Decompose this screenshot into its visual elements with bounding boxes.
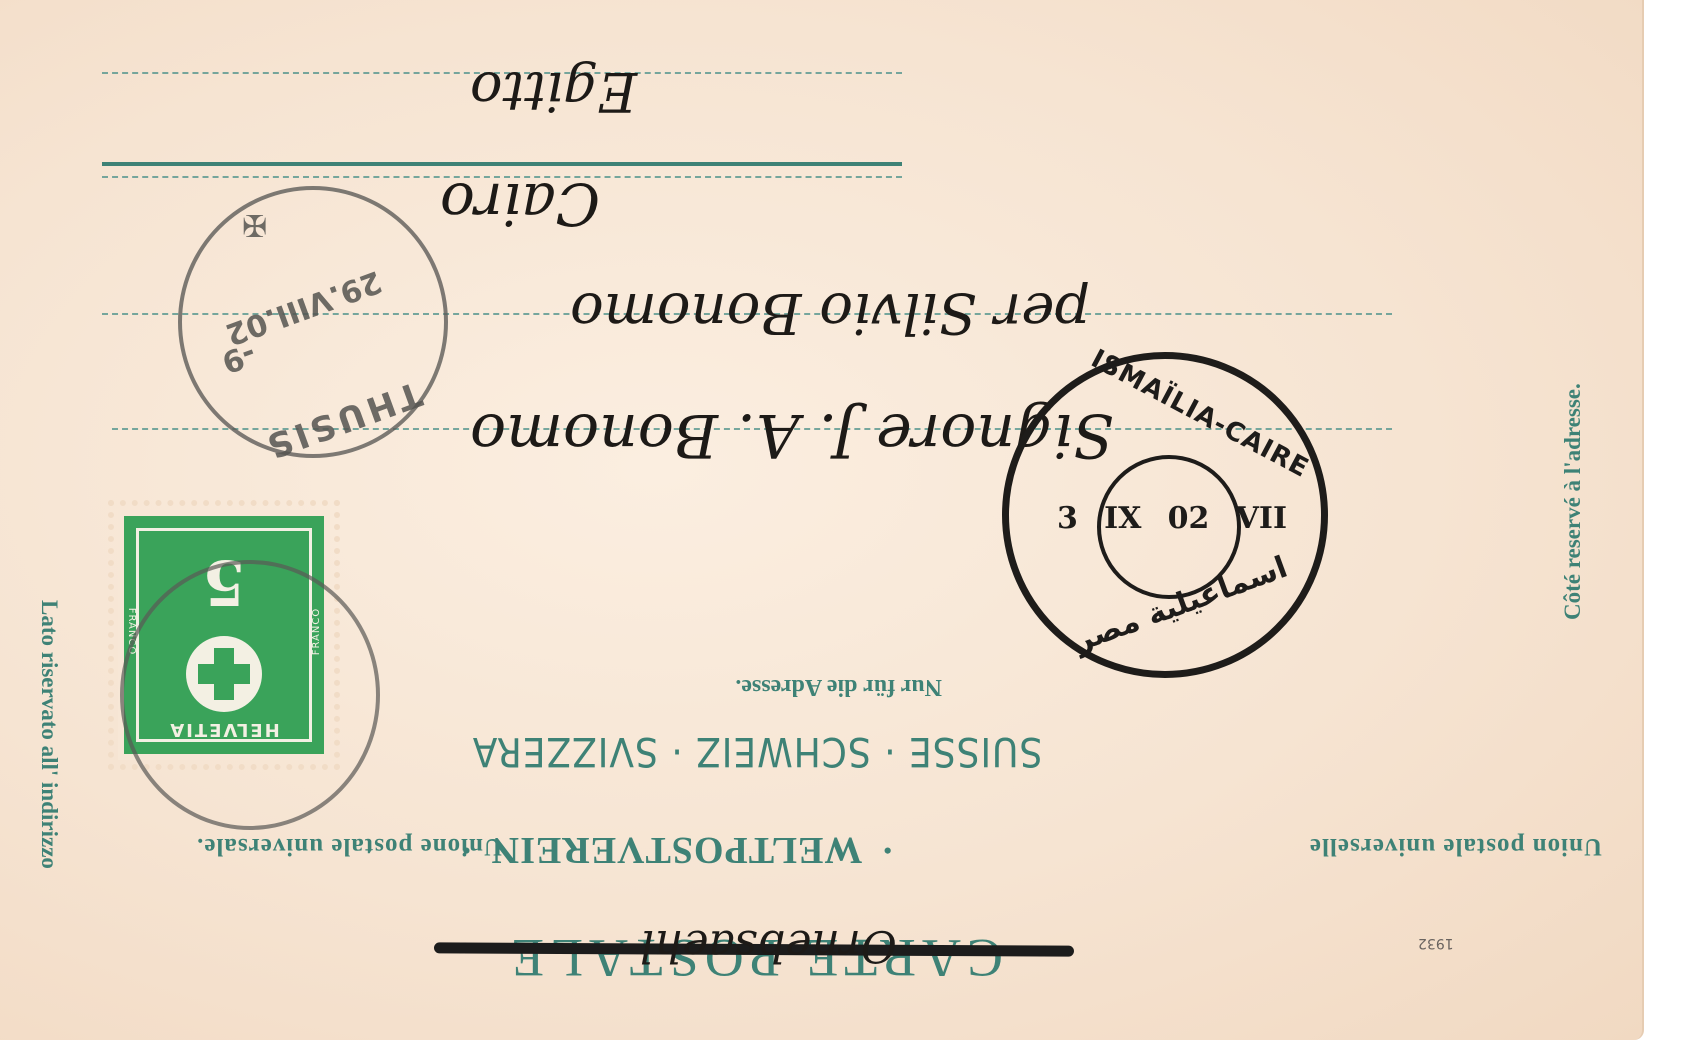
upu-line: Union postale universelle ·WELTPOSTVEREI… — [42, 822, 1602, 872]
country-line: SUISSE · SCHWEIZ · SVIZZERA — [417, 728, 1097, 774]
pencil-note: 1932 — [1418, 935, 1454, 951]
handwriting-via: per Silvio Bonomo — [570, 280, 1090, 345]
union-left-text: Union postale universelle — [1309, 832, 1602, 860]
postcard-back: CARTE POSTALE Union postale universelle … — [0, 0, 1644, 1040]
handwriting-destination-city: Cairo — [440, 170, 600, 238]
postmark-cairo-month: IX — [1104, 501, 1141, 536]
handwriting-destination-country: Egitto — [470, 60, 637, 123]
side-note-fr: Côté reservé à l'adresse. — [1560, 383, 1586, 620]
address-note-de: Nur für die Adresse. — [735, 673, 942, 700]
swiss-cross-icon: ✠ — [242, 210, 267, 245]
postmark-cairo-dateline: 3 IX 02 VII — [1057, 501, 1287, 536]
postmark-thusis-on-stamp — [120, 560, 380, 830]
postmark-cairo-time: VII — [1236, 501, 1287, 536]
postmark-ismailia-cairo: ISMAÏLIA-CAIRE 3 IX 02 VII اسماعيلية مصر — [1002, 352, 1328, 678]
handwriting-sender: Ornebsaehl — [640, 920, 897, 971]
postmark-thusis: 29.VIII.02 -9 THUSIS ✠ — [178, 186, 448, 458]
union-center-text: ·WELTPOSTVEREIN· — [441, 828, 912, 872]
postmark-cairo-year: 02 — [1168, 501, 1210, 536]
address-rule — [102, 162, 902, 166]
union-right-text: Unione postale universale. — [196, 832, 502, 860]
postmark-cairo-day: 3 — [1057, 501, 1078, 536]
side-note-it: Lato riservato all' indirizzo — [36, 600, 62, 869]
